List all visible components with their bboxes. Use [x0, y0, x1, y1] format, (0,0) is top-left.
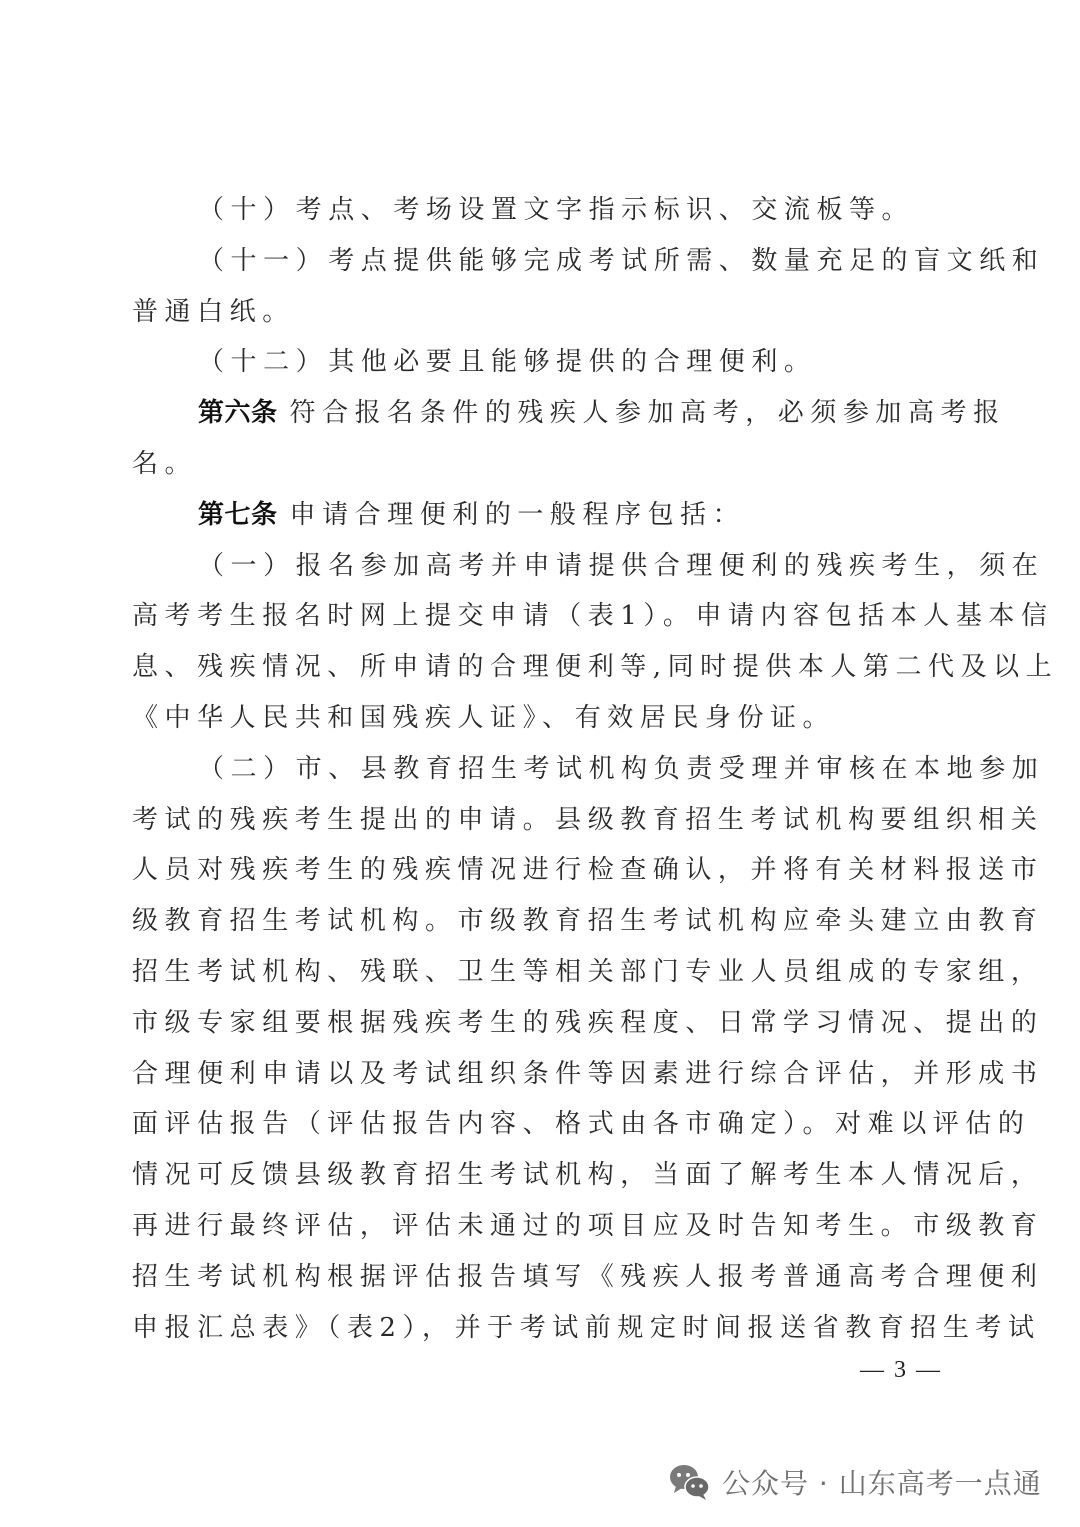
text-line: 人员对残疾考生的残疾情况进行检查确认，并将有关材料报送市	[132, 855, 1043, 885]
text-line: 招生考试机构、残联、卫生等相关部门专业人员组成的专家组，	[132, 957, 1043, 987]
text-line: 招生考试机构根据评估报告填写《残疾人报考普通高考合理便利	[132, 1252, 952, 1303]
text-line: 情况可反馈县级教育招生考试机构，当面了解考生本人情况后，	[132, 1160, 1043, 1190]
document-page: （十）考点、考场设置文字指示标识、交流板等。 （十一）考点提供能够完成考试所需、…	[132, 185, 952, 1353]
text-line: 级教育招生考试机构。市级教育招生考试机构应牵头建立由教育	[132, 896, 952, 947]
text-line: 考试的残疾考生提出的申请。县级教育招生考试机构要组织相关	[132, 795, 952, 846]
text-line: 合理便利申请以及考试组织条件等因素进行综合评估，并形成书	[132, 1059, 1043, 1089]
text-line: 息、残疾情况、所申请的合理便利等,同时提供本人第二代及以上	[132, 652, 1058, 682]
text-line: 人员对残疾考生的残疾情况进行检查确认，并将有关材料报送市	[132, 845, 952, 896]
text-line: （一）报名参加高考并申请提供合理便利的残疾考生，须在	[198, 551, 1044, 581]
text-line: 名。	[132, 449, 197, 479]
paragraph-item-11-cont: 普通白纸。	[132, 287, 952, 338]
footer-watermark: 公众号 · 山东高考一点通	[668, 1462, 1042, 1502]
paragraph-item-10: （十）考点、考场设置文字指示标识、交流板等。	[132, 185, 952, 236]
text-line: 合理便利申请以及考试组织条件等因素进行综合评估，并形成书	[132, 1049, 952, 1100]
text-line: （十）考点、考场设置文字指示标识、交流板等。	[198, 195, 914, 225]
article-6-cont: 名。	[132, 439, 952, 490]
text-line: 《中华人民共和国残疾人证》、有效居民身份证。	[132, 693, 952, 744]
text-line: 考试的残疾考生提出的申请。县级教育招生考试机构要组织相关	[132, 805, 1043, 835]
text-line: 申报汇总表》（表2），并于考试前规定时间报送省教育招生考试	[132, 1303, 952, 1354]
paragraph-item-1: （一）报名参加高考并申请提供合理便利的残疾考生，须在	[132, 541, 952, 592]
text-line: （十二）其他必要且能够提供的合理便利。	[198, 347, 816, 377]
article-7: 第七条申请合理便利的一般程序包括：	[132, 490, 952, 541]
article-heading: 第七条	[198, 500, 278, 530]
text-line: 级教育招生考试机构。市级教育招生考试机构应牵头建立由教育	[132, 906, 1043, 936]
footer-label: 公众号 · 山东高考一点通	[722, 1462, 1042, 1502]
text-line: 再进行最终评估，评估未通过的项目应及时告知考生。市级教育	[132, 1211, 1043, 1241]
paragraph-item-11: （十一）考点提供能够完成考试所需、数量充足的盲文纸和	[132, 236, 952, 287]
text-line: 息、残疾情况、所申请的合理便利等,同时提供本人第二代及以上	[132, 642, 952, 693]
page-number: — 3 —	[860, 1357, 942, 1384]
text-line: 面评估报告（评估报告内容、格式由各市确定）。对难以评估的	[132, 1099, 952, 1150]
paragraph-item-2: （二）市、县教育招生考试机构负责受理并审核在本地参加	[132, 744, 952, 795]
article-heading: 第六条	[198, 398, 278, 428]
text-line: 面评估报告（评估报告内容、格式由各市确定）。对难以评估的	[132, 1109, 1030, 1139]
text-line: 招生考试机构根据评估报告填写《残疾人报考普通高考合理便利	[132, 1262, 1043, 1292]
paragraph-item-12: （十二）其他必要且能够提供的合理便利。	[132, 337, 952, 388]
text-line: 高考考生报名时网上提交申请（表1）。申请内容包括本人基本信	[132, 601, 1054, 631]
wechat-icon	[668, 1462, 712, 1502]
text-line: （十一）考点提供能够完成考试所需、数量充足的盲文纸和	[198, 246, 1044, 276]
text-line: 市级专家组要根据残疾考生的残疾程度、日常学习情况、提出的	[132, 998, 952, 1049]
article-6: 第六条符合报名条件的残疾人参加高考，必须参加高考报	[132, 388, 952, 439]
text-line: 再进行最终评估，评估未通过的项目应及时告知考生。市级教育	[132, 1201, 952, 1252]
text-line: 申报汇总表》（表2），并于考试前规定时间报送省教育招生考试	[132, 1313, 1041, 1343]
text-line: 申请合理便利的一般程序包括：	[290, 500, 746, 530]
text-line: 《中华人民共和国残疾人证》、有效居民身份证。	[132, 703, 835, 733]
text-line: 高考考生报名时网上提交申请（表1）。申请内容包括本人基本信	[132, 591, 952, 642]
text-line: 符合报名条件的残疾人参加高考，必须参加高考报	[290, 398, 1006, 428]
text-line: 普通白纸。	[132, 297, 295, 327]
text-line: 市级专家组要根据残疾考生的残疾程度、日常学习情况、提出的	[132, 1008, 1043, 1038]
text-line: 招生考试机构、残联、卫生等相关部门专业人员组成的专家组，	[132, 947, 952, 998]
text-line: （二）市、县教育招生考试机构负责受理并审核在本地参加	[198, 754, 1044, 784]
text-line: 情况可反馈县级教育招生考试机构，当面了解考生本人情况后，	[132, 1150, 952, 1201]
